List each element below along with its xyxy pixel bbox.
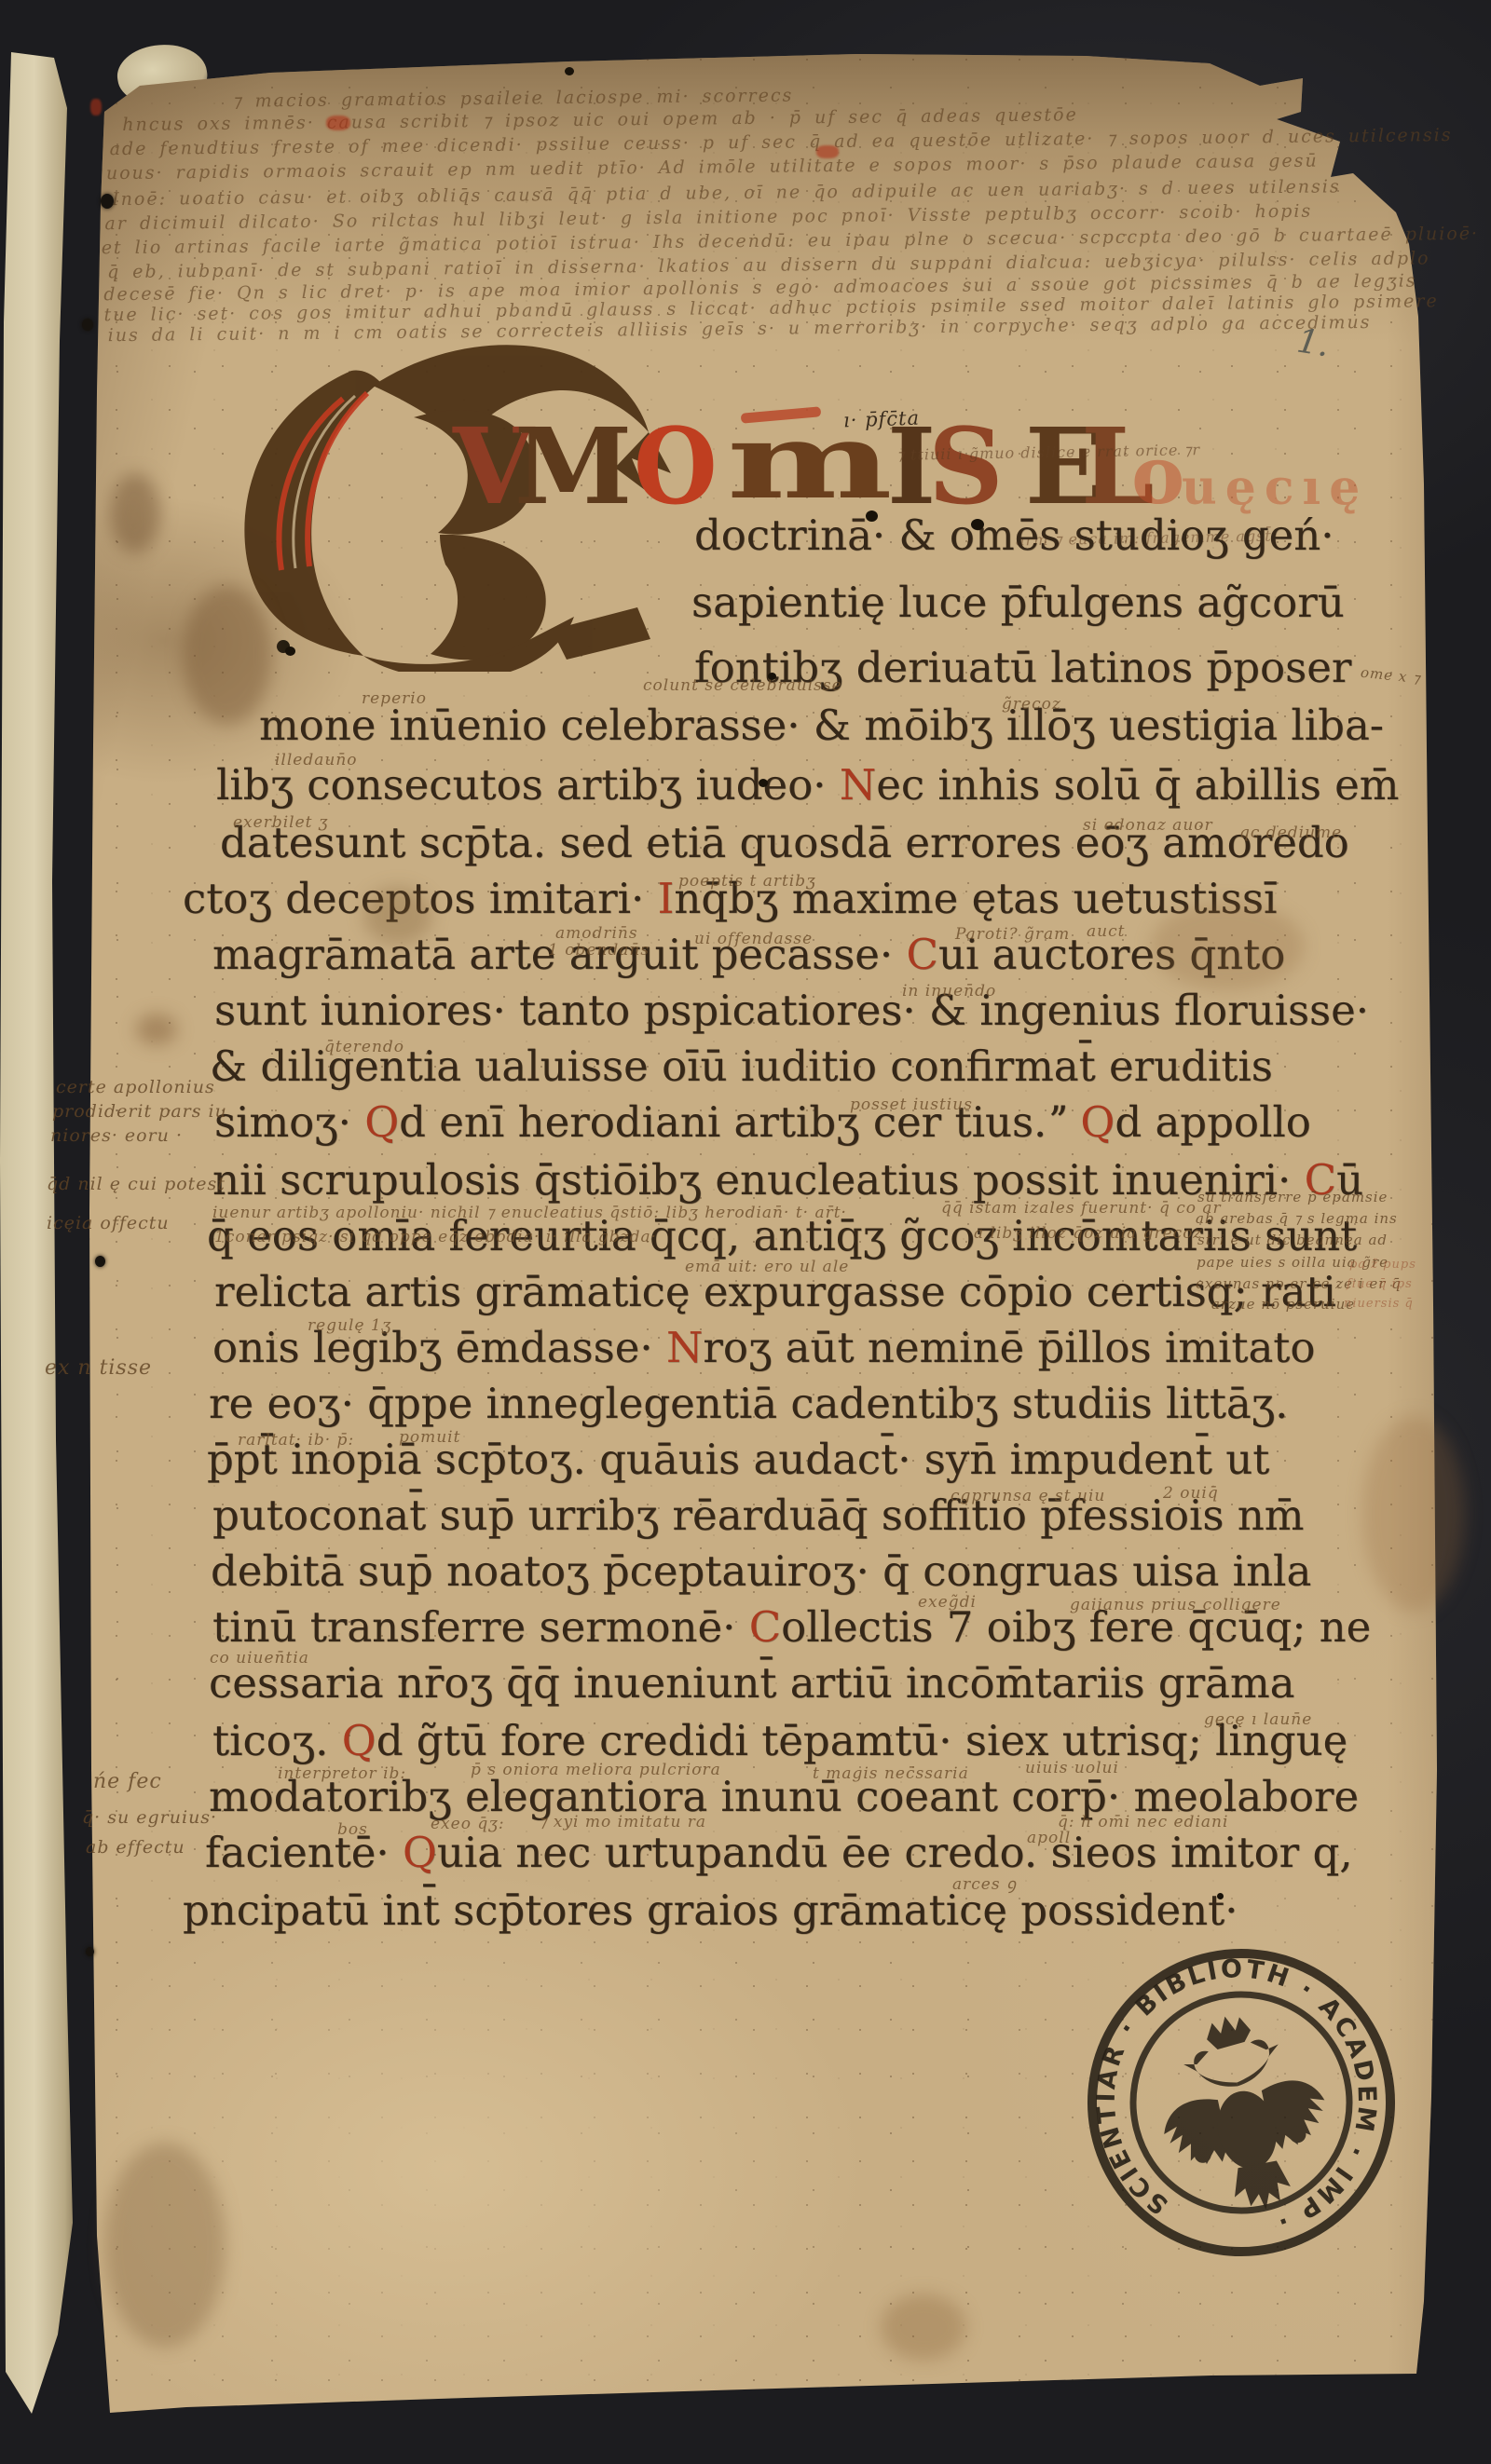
rubricated-letter: Q xyxy=(403,1828,437,1877)
interlinear-gloss: q̄: h om̄i nec ediani xyxy=(1058,1813,1228,1831)
stain xyxy=(183,585,272,725)
text-line: re eoʒ· q̄ppe inneglegentiā cadentibʒ st… xyxy=(209,1379,1288,1428)
interlinear-gloss: si edonaz auor xyxy=(1083,816,1213,835)
interlinear-gloss: exerbilet ʒ xyxy=(233,813,328,832)
rubricated-letter: Q xyxy=(342,1716,376,1765)
interlinear-gloss: ui offendasse xyxy=(694,930,813,948)
ink-dot-icon xyxy=(971,519,984,530)
red-ink-speck-icon xyxy=(90,99,102,116)
interlinear-gloss: posset iustius xyxy=(850,1096,973,1114)
red-ink-speck-icon xyxy=(326,116,350,130)
interlinear-gloss: q̄q̄ istam izales fuerunt· q̄ co ar xyxy=(941,1199,1222,1218)
interlinear-gloss: uiuis uolui xyxy=(1025,1759,1119,1777)
interlinear-gloss: exeo q̄ʒ: xyxy=(431,1815,505,1833)
margin-note: q̄· su egruius· xyxy=(82,1807,217,1828)
ink-dot-icon xyxy=(565,67,574,75)
margin-note: pa z̃ pups xyxy=(1349,1258,1416,1272)
stain xyxy=(881,2294,966,2361)
text-line: cessaria nr̄oʒ q̄q̄ inueniunt̄ artiū inc… xyxy=(209,1658,1295,1708)
interlinear-gloss: exeg̃di xyxy=(918,1593,977,1612)
library-stamp: SCIENTIAR · BIBLIOTH · ACADEM · IMP · xyxy=(1053,1914,1429,2290)
interlinear-gloss: bos xyxy=(337,1820,368,1839)
interlinear-gloss: 1conar psiq̄z· si q̄d oppe eq̄z ebodia· … xyxy=(214,1228,657,1246)
interlinear-gloss: iuenur artibʒ apolloniu· nichil ⁊ enucle… xyxy=(212,1204,847,1222)
text-line: pncipatū int̄ scp̄tores graios grāmaticę… xyxy=(183,1885,1238,1935)
stain xyxy=(136,1014,177,1045)
text-line: ticoʒ. Qd g̃tū fore credidi tēpamtū· sie… xyxy=(212,1716,1347,1765)
interlinear-gloss: apoll xyxy=(1027,1829,1071,1847)
interlinear-gloss: pomuit xyxy=(399,1428,460,1447)
ink-dot-icon xyxy=(866,510,878,522)
interlinear-gloss: q̄terendo xyxy=(324,1038,404,1056)
interlinear-gloss: a libʒ illoz q̄oz uia grecoz xyxy=(974,1224,1202,1243)
heading-letter: S xyxy=(928,415,1004,520)
heading-letter: M xyxy=(514,415,632,520)
rubricated-letter: N xyxy=(840,760,876,810)
interlinear-gloss: rarltat· ib· p̄: xyxy=(238,1431,354,1450)
interlinear-gloss: g̃recoz xyxy=(1002,695,1061,714)
margin-note: ex n tisse xyxy=(45,1356,152,1380)
interlinear-gloss: ⁊ xyi mo imitatu ra xyxy=(539,1813,706,1831)
interlinear-gloss: qc dediume xyxy=(1239,824,1342,842)
margin-note: certe apollonius xyxy=(56,1077,215,1097)
interlinear-gloss: cgprunsa ę st uiu xyxy=(951,1487,1105,1505)
text-line: mone inūenio celebrasse· & mōibʒ illōʒ u… xyxy=(259,701,1384,750)
text-line: doctrinā· & omēs studioʒ geń· xyxy=(694,510,1334,560)
text-line: debitā sup̄ noatoʒ p̄ceptauiroʒ· q̄ cong… xyxy=(211,1546,1311,1596)
interlinear-gloss: 1 obendan̄s xyxy=(548,941,650,960)
margin-note: niuersis q̄ xyxy=(1344,1297,1414,1311)
margin-note: arzue nō pseruiue xyxy=(1211,1296,1355,1313)
interlinear-gloss: interpretor ib: xyxy=(278,1764,406,1783)
facing-page-edge xyxy=(0,43,76,2428)
heading-gloss: ı· p̄fc̄ta xyxy=(843,407,921,432)
rubricated-letter: N xyxy=(666,1323,703,1372)
interlinear-gloss: gaiianus prius colligere xyxy=(1070,1596,1281,1614)
interlinear-gloss: t magis nec̄ssaria xyxy=(813,1764,969,1783)
interlinear-gloss: poeptis t artibʒ xyxy=(678,872,816,891)
interlinear-gloss: regulę 1ʒ xyxy=(308,1316,391,1335)
interlinear-gloss: emā uit: ero ul ale xyxy=(685,1258,849,1276)
stain xyxy=(104,2143,226,2348)
stain xyxy=(110,473,160,553)
page-number: 1. xyxy=(1294,322,1332,365)
stain xyxy=(363,887,432,945)
text-line: sapientię luce p̄fulgens ag̃corū xyxy=(691,578,1345,627)
text-line: facientē· Quia nec urtupandū ēe credo. s… xyxy=(205,1828,1353,1877)
text-line: nii scrupulosis q̄stiōibʒ enucleatius po… xyxy=(212,1155,1363,1205)
red-ink-speck-icon xyxy=(816,145,839,158)
margin-note: ab arebas q̄ ⁊ s legma ins xyxy=(1196,1210,1398,1227)
margin-note: prodiderit pars iu xyxy=(52,1101,227,1122)
heading-letter: O xyxy=(634,415,718,520)
interlinear-gloss: amodrin̄s xyxy=(555,924,638,943)
rubricated-letter: C xyxy=(749,1602,781,1652)
rubricated-letter: I xyxy=(658,874,675,923)
binding-hole-icon xyxy=(95,1256,105,1267)
interlinear-gloss: colunt se celebrauisse xyxy=(643,676,842,695)
margin-note: ńe fec xyxy=(93,1770,162,1793)
binding-hole-icon xyxy=(86,1947,94,1956)
interlinear-gloss: Paroti? g̃ram xyxy=(955,925,1070,944)
top-annotations: ⁊ macios gramatios psaileie laciospe mi·… xyxy=(0,0,1491,7)
ink-dot-icon xyxy=(759,779,768,787)
margin-note: ab effectu xyxy=(86,1837,185,1858)
stain xyxy=(1151,902,1305,990)
binding-hole-icon xyxy=(101,194,114,209)
binding-hole-icon xyxy=(82,319,93,331)
text-line: sunt iuniores· tanto pspicatiores· & ing… xyxy=(214,986,1369,1035)
text-line: p̄pt̄ inopiā scp̄toʒ. quāuis audact̄· sy… xyxy=(207,1435,1269,1484)
interlinear-gloss: co uiuen̄tia xyxy=(210,1649,309,1668)
text-line: libʒ consecutos artibʒ iudeo· Nec inhis … xyxy=(216,760,1399,810)
margin-note: stri e ut dic beannea ad xyxy=(1197,1232,1388,1248)
stain xyxy=(1362,1416,1465,1612)
margin-note: q̄d nil ę cui potest xyxy=(47,1174,226,1194)
rubricated-letter: C xyxy=(907,930,938,979)
heading-letter: uęcıę xyxy=(1182,464,1368,512)
interlinear-gloss: reperio xyxy=(362,689,427,708)
ink-dot-icon xyxy=(768,673,776,680)
interlinear-gloss: illedaun̄o xyxy=(275,751,358,769)
margin-note: fiue q̄ ips xyxy=(1347,1277,1413,1291)
ink-dot-icon xyxy=(285,647,295,656)
text-line: putoconat̄ sup̄ urribʒ rēarduāq̄ soffiti… xyxy=(212,1491,1304,1540)
text-line: simoʒ· Qd enī herodiani artibʒ cer tius.… xyxy=(214,1097,1311,1147)
interlinear-gloss: p̄ s oniora meliora pulcriora xyxy=(471,1761,721,1779)
interlinear-gloss: arces ꝯ xyxy=(952,1872,1017,1894)
margin-note: niores· eoru · xyxy=(50,1125,183,1146)
interlinear-gloss: gęcę ı laun̄e xyxy=(1204,1710,1312,1729)
manuscript-photo: VMOmISELouęcıęı· p̄fc̄ta⁊ ttiuii ı g̃muo… xyxy=(0,0,1491,2464)
ink-dot-icon xyxy=(1217,1893,1224,1899)
margin-note: icęia offectu xyxy=(47,1213,170,1233)
rubricated-letter: Q xyxy=(1080,1097,1115,1147)
margin-note: sū transferre p̄ epamsie xyxy=(1197,1189,1388,1205)
interlinear-gloss: auct xyxy=(1087,922,1125,941)
rubricated-letter: Q xyxy=(364,1097,399,1147)
interlinear-gloss: in inuen̄do xyxy=(902,982,996,1001)
interlinear-gloss: 2 ouiq̄ xyxy=(1163,1484,1219,1503)
